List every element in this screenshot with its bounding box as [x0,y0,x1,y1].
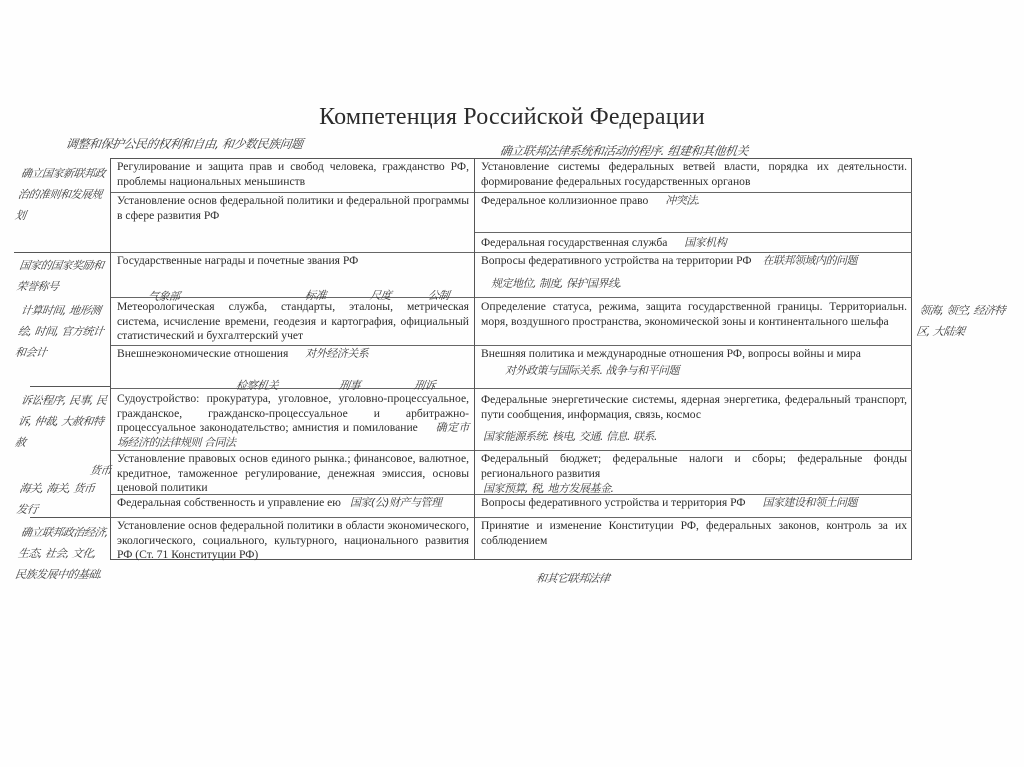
handwritten-note-criminal: 刑事 [338,377,361,393]
table-cell: Судоустройство: прокуратура, уголовное, … [111,389,474,451]
table-cell: Вопросы федеративного устройства и терри… [475,495,912,518]
handwritten-margin-note-5: 货币 [89,462,112,478]
table-cell: Федеральный бюджет; федеральные налоги и… [475,451,912,495]
margin-divider [14,252,110,253]
margin-divider [30,517,110,518]
handwritten-margin-note-2: 国家的国家奖励和荣誉称号 [15,255,109,297]
handwritten-note-top: 调整和保护公民的权利和自由, 和少数民族问题 [65,135,304,152]
margin-divider [30,386,110,387]
table-cell: Федеральное коллизионное право 冲突法. [475,193,912,233]
handwritten-note-border: 规定地位, 制度, 保护国界线. [491,277,907,292]
handwritten-margin-note-1: 确立国家新联邦政治的准则和发展规划 [14,163,111,226]
handwritten-note-prosecutor: 检察机关 [235,377,279,393]
table-cell: Определение статуса, режима, защита госу… [475,298,912,346]
table-cell: Внешняя политика и международные отношен… [475,346,912,389]
table-cell: Регулирование и защита прав и свобод чел… [111,159,474,193]
handwritten-inline-note: 国家建设和领土问题 [762,496,857,509]
handwritten-note-bottom: 和其它联邦法律 [535,570,611,586]
handwritten-inline-note: 冲突法. [665,194,700,207]
handwritten-note-metric: 公制 [427,287,450,303]
handwritten-margin-note-right: 领海, 领空, 经济特区, 大陆架 [915,300,1011,342]
table-cell: Федеральные энергетические системы, ядер… [475,389,912,451]
table-cell: Федеральная государственная служба 国家机构 [475,233,912,253]
handwritten-margin-note-7: 确立联邦政治经济, 生态, 社会, 文化, 民族发展中的基础. [14,522,111,585]
handwritten-note-criminal-procedure: 刑诉 [413,377,436,393]
handwritten-inline-note: 在联邦领域内的问题 [762,254,857,267]
handwritten-inline-note: 国家能源系统. 核电, 交通. 信息. 联系. [483,430,907,445]
table-cell: Установление основ федеральной политики … [111,193,474,253]
competence-table: Регулирование и защита прав и свобод чел… [110,158,912,560]
table-cell: Метеорологическая служба, стандарты, эта… [111,298,474,346]
table-cell: Установление основ федеральной политики … [111,518,474,560]
handwritten-margin-note-3: 计算时间, 地形测绘, 时间, 官方统计和会计 [14,300,111,363]
handwritten-inline-note: 对外政策与国际关系. 战争与和平问题 [505,364,907,379]
scanned-page: Компетенция Российской Федерации 调整和保护公民… [0,0,1024,767]
table-column-right: Установление системы федеральных ветвей … [474,159,912,559]
page-title: Компетенция Российской Федерации [0,104,1024,131]
handwritten-inline-note: 对外经济关系 [305,347,368,360]
table-cell: Установление системы федеральных ветвей … [475,159,912,193]
handwritten-note-standards: 标准 [304,287,327,303]
table-cell: Установление правовых основ единого рынк… [111,451,474,495]
handwritten-margin-note-4: 诉讼程序, 民事, 民诉, 仲裁, 大赦和特赦 [14,390,111,453]
handwritten-note-scale: 尺度 [369,287,392,303]
handwritten-inline-note: 国家(公)财产与管理 [350,496,442,509]
handwritten-margin-note-6: 海关, 海关, 货币发行 [15,478,99,520]
handwritten-note-meteo: 气象部 [147,288,181,304]
table-cell: Федеральная собственность и управление е… [111,495,474,518]
handwritten-inline-note: 国家机构 [684,236,726,249]
table-cell: Принятие и изменение Конституции РФ, фед… [475,518,912,559]
handwritten-note-top-right: 确立联邦法律系统和活动的程序. 组建和其他机关 [499,142,750,159]
table-cell: Вопросы федеративного устройства на терр… [475,253,912,298]
